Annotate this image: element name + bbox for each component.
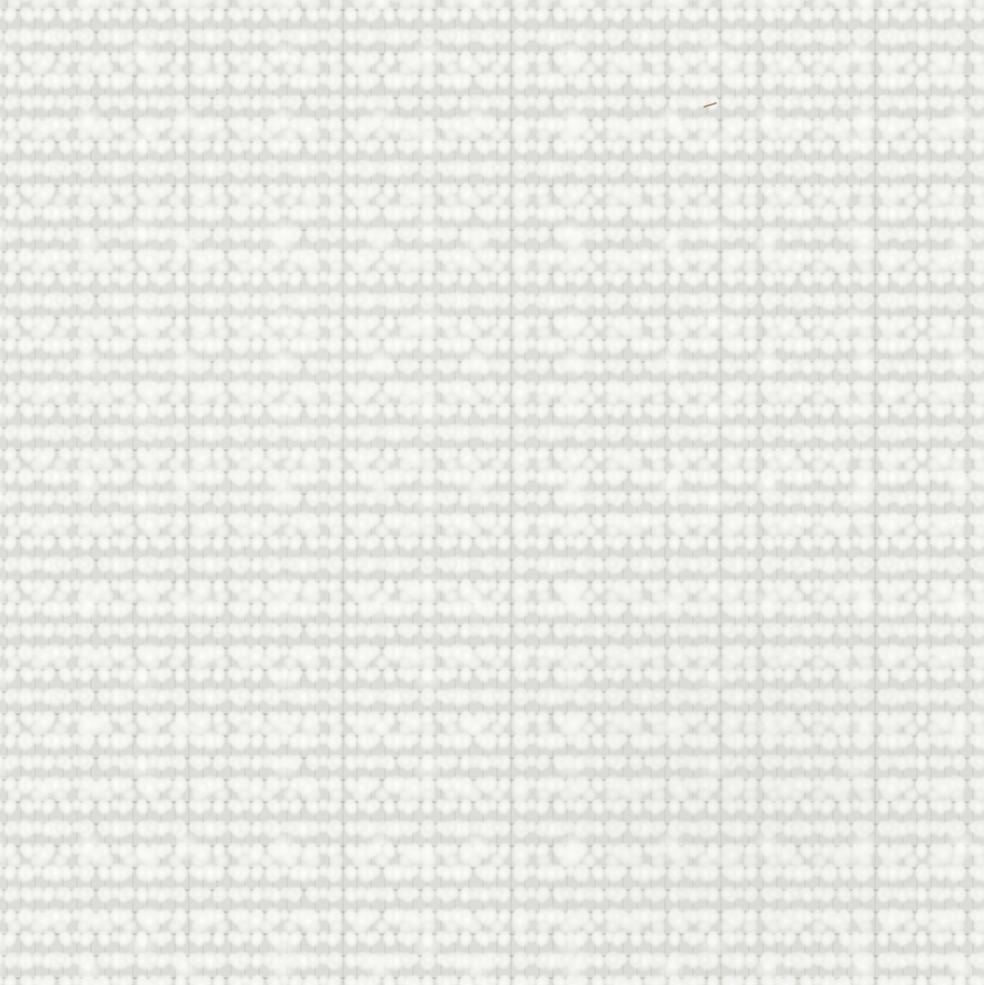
- boucle-fabric-texture: [0, 0, 984, 985]
- lighting-variation: [0, 0, 984, 985]
